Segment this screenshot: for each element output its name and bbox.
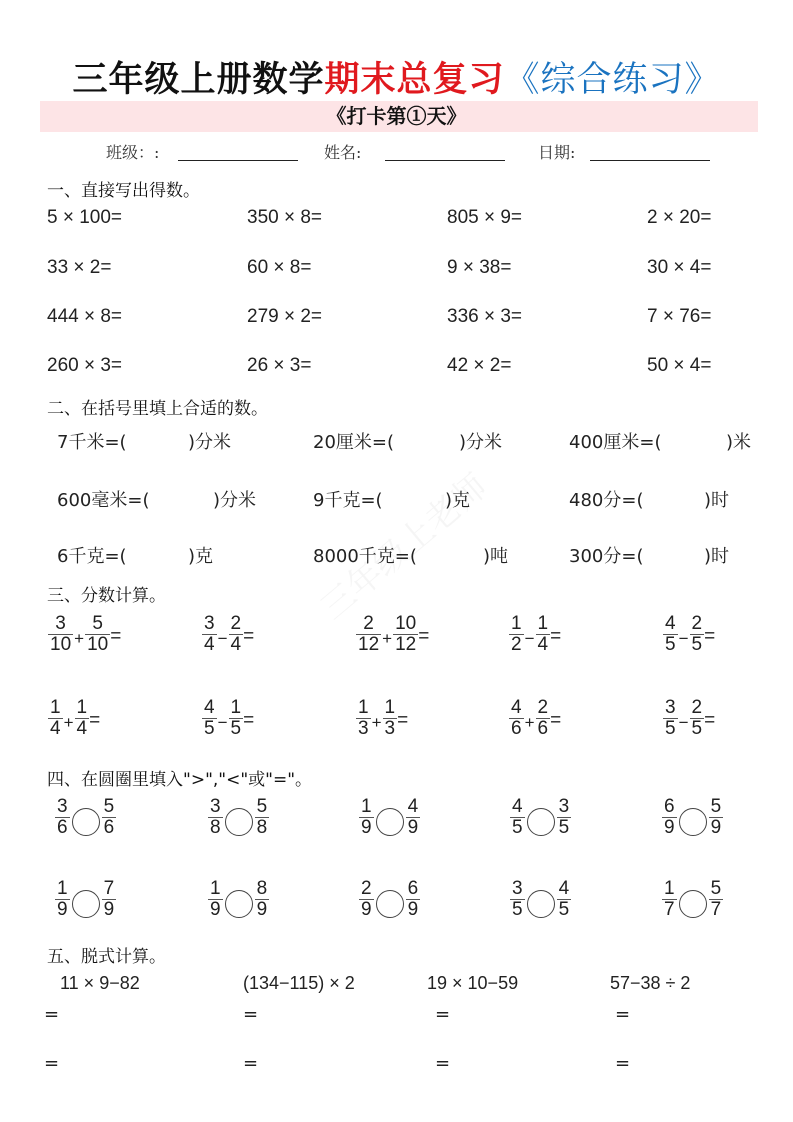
fraction: 212 — [356, 614, 381, 655]
fraction: 79 — [102, 879, 117, 920]
compare-problem: 69 59 — [662, 797, 723, 838]
step-equals: = — [615, 1053, 630, 1074]
equals: = — [550, 710, 561, 732]
date-field[interactable] — [590, 160, 710, 161]
equals: = — [418, 626, 429, 648]
fraction: 35 — [663, 698, 678, 739]
step-equals: = — [435, 1004, 450, 1025]
fraction: 89 — [255, 879, 270, 920]
operator: − — [525, 629, 535, 649]
step-equals: = — [243, 1053, 258, 1074]
fraction-problem: 45 − 15 = — [202, 698, 254, 739]
fraction-problem: 14 + 14 = — [48, 698, 100, 739]
equals: = — [397, 710, 408, 732]
compare-circle[interactable] — [225, 808, 253, 836]
unit-fill-left: 8000千克=( — [313, 542, 417, 568]
compare-problem: 17 57 — [662, 879, 723, 920]
title-part-grade: 三年级上册数学 — [72, 59, 324, 100]
operator: + — [372, 713, 382, 733]
fraction: 26 — [536, 698, 551, 739]
fraction: 46 — [509, 698, 524, 739]
fraction-problem: 45 − 25 = — [663, 614, 715, 655]
fraction: 14 — [48, 698, 63, 739]
fraction-problem: 34 − 24 = — [202, 614, 254, 655]
step-calc-problem: 57−38 ÷ 2 — [610, 973, 690, 994]
compare-circle[interactable] — [527, 808, 555, 836]
class-field[interactable] — [178, 160, 298, 161]
unit-fill-left: 480分=( — [569, 486, 643, 512]
name-label: 姓名: — [324, 140, 361, 163]
operator: + — [74, 629, 84, 649]
unit-fill-right: )分米 — [459, 428, 502, 454]
fraction: 25 — [690, 698, 705, 739]
fraction-problem: 212 + 1012 = — [356, 614, 429, 655]
unit-fill-left: 600毫米=( — [57, 486, 149, 512]
step-equals: = — [243, 1004, 258, 1025]
equals: = — [704, 710, 715, 732]
operator: − — [679, 713, 689, 733]
oral-calc-item: 60 × 8= — [247, 257, 311, 279]
compare-problem: 29 69 — [359, 879, 420, 920]
oral-calc-item: 7 × 76= — [647, 306, 711, 328]
compare-circle[interactable] — [72, 890, 100, 918]
operator: − — [679, 629, 689, 649]
name-field[interactable] — [385, 160, 505, 161]
step-calc-problem: (134−115) × 2 — [243, 973, 355, 994]
compare-problem: 38 58 — [208, 797, 269, 838]
fraction: 19 — [208, 879, 223, 920]
compare-problem: 19 89 — [208, 879, 269, 920]
compare-problem: 19 49 — [359, 797, 420, 838]
compare-circle[interactable] — [527, 890, 555, 918]
oral-calc-item: 26 × 3= — [247, 355, 311, 377]
oral-calc-item: 336 × 3= — [447, 306, 522, 328]
unit-fill-left: 6千克=( — [57, 542, 127, 568]
operator: + — [525, 713, 535, 733]
fraction-problem: 310 + 510 = — [48, 614, 121, 655]
fraction: 69 — [406, 879, 421, 920]
equals: = — [243, 626, 254, 648]
fraction: 45 — [510, 797, 525, 838]
fraction: 29 — [359, 879, 374, 920]
fraction-problem: 13 + 13 = — [356, 698, 408, 739]
equals: = — [704, 626, 715, 648]
compare-problem: 45 35 — [510, 797, 571, 838]
fraction: 36 — [55, 797, 70, 838]
step-equals: = — [44, 1053, 59, 1074]
fraction: 69 — [662, 797, 677, 838]
unit-fill-right: )时 — [704, 542, 729, 568]
fraction: 14 — [536, 614, 551, 655]
fraction: 57 — [709, 879, 724, 920]
fraction: 25 — [690, 614, 705, 655]
section4-title: 四、在圆圈里填入">","<"或"="。 — [47, 765, 312, 790]
fraction: 12 — [509, 614, 524, 655]
fraction: 1012 — [393, 614, 418, 655]
oral-calc-item: 805 × 9= — [447, 207, 522, 229]
fraction: 14 — [75, 698, 90, 739]
unit-fill-right: )时 — [704, 486, 729, 512]
step-equals: = — [44, 1004, 59, 1025]
title-part-practice: 《综合练习》 — [505, 60, 721, 100]
unit-fill-left: 7千米=( — [57, 428, 127, 454]
fraction-problem: 46 + 26 = — [509, 698, 561, 739]
fraction: 24 — [229, 614, 244, 655]
section3-title: 三、分数计算。 — [47, 581, 166, 606]
subtitle-text: 《打卡第①天》 — [0, 101, 793, 132]
fraction: 34 — [202, 614, 217, 655]
compare-circle[interactable] — [225, 890, 253, 918]
unit-fill-right: )分米 — [188, 428, 231, 454]
fraction: 510 — [85, 614, 110, 655]
operator: + — [64, 713, 74, 733]
fraction: 58 — [255, 797, 270, 838]
unit-fill-left: 400厘米=( — [569, 428, 661, 454]
compare-problem: 36 56 — [55, 797, 116, 838]
section2-title: 二、在括号里填上合适的数。 — [47, 394, 268, 419]
fraction: 45 — [202, 698, 217, 739]
fraction: 35 — [557, 797, 572, 838]
compare-circle[interactable] — [376, 808, 404, 836]
oral-calc-item: 33 × 2= — [47, 257, 111, 279]
unit-fill-right: )克 — [445, 486, 470, 512]
step-equals: = — [615, 1004, 630, 1025]
fraction: 56 — [102, 797, 117, 838]
oral-calc-item: 279 × 2= — [247, 306, 322, 328]
fraction: 19 — [55, 879, 70, 920]
oral-calc-item: 2 × 20= — [647, 207, 711, 229]
oral-calc-item: 50 × 4= — [647, 355, 711, 377]
compare-circle[interactable] — [376, 890, 404, 918]
fraction: 45 — [557, 879, 572, 920]
equals: = — [89, 710, 100, 732]
fraction: 59 — [709, 797, 724, 838]
unit-fill-right: )克 — [188, 542, 213, 568]
unit-fill-left: 300分=( — [569, 542, 643, 568]
fraction: 310 — [48, 614, 73, 655]
oral-calc-item: 350 × 8= — [247, 207, 322, 229]
fraction: 13 — [356, 698, 371, 739]
oral-calc-item: 42 × 2= — [447, 355, 511, 377]
oral-calc-item: 5 × 100= — [47, 207, 122, 229]
oral-calc-item: 444 × 8= — [47, 306, 122, 328]
compare-circle[interactable] — [72, 808, 100, 836]
fraction-problem: 35 − 25 = — [663, 698, 715, 739]
fraction: 13 — [383, 698, 398, 739]
equals: = — [110, 626, 121, 648]
unit-fill-right: )米 — [726, 428, 751, 454]
oral-calc-item: 260 × 3= — [47, 355, 122, 377]
fraction: 17 — [662, 879, 677, 920]
step-calc-problem: 19 × 10−59 — [427, 973, 518, 994]
fraction-problem: 12 − 14 = — [509, 614, 561, 655]
title-part-review: 期末总复习 — [324, 59, 504, 100]
section1-title: 一、直接写出得数。 — [47, 176, 200, 201]
operator: + — [382, 629, 392, 649]
fraction: 38 — [208, 797, 223, 838]
class-label: 班级：: — [106, 140, 159, 163]
operator: − — [218, 713, 228, 733]
fraction: 49 — [406, 797, 421, 838]
unit-fill-right: )分米 — [213, 486, 256, 512]
step-calc-problem: 11 × 9−82 — [60, 973, 140, 994]
operator: − — [218, 629, 228, 649]
equals: = — [243, 710, 254, 732]
step-equals: = — [435, 1053, 450, 1074]
oral-calc-item: 30 × 4= — [647, 257, 711, 279]
compare-problem: 35 45 — [510, 879, 571, 920]
fraction: 19 — [359, 797, 374, 838]
equals: = — [550, 626, 561, 648]
fraction: 15 — [229, 698, 244, 739]
page-title: 三年级上册数学期末总复习《综合练习》 — [0, 52, 793, 102]
compare-circle[interactable] — [679, 890, 707, 918]
compare-circle[interactable] — [679, 808, 707, 836]
date-label: 日期: — [538, 140, 575, 163]
oral-calc-item: 9 × 38= — [447, 257, 511, 279]
unit-fill-left: 9千克=( — [313, 486, 383, 512]
compare-problem: 19 79 — [55, 879, 116, 920]
section5-title: 五、脱式计算。 — [47, 942, 166, 967]
unit-fill-left: 20厘米=( — [313, 428, 394, 454]
unit-fill-right: )吨 — [483, 542, 508, 568]
fraction: 35 — [510, 879, 525, 920]
fraction: 45 — [663, 614, 678, 655]
